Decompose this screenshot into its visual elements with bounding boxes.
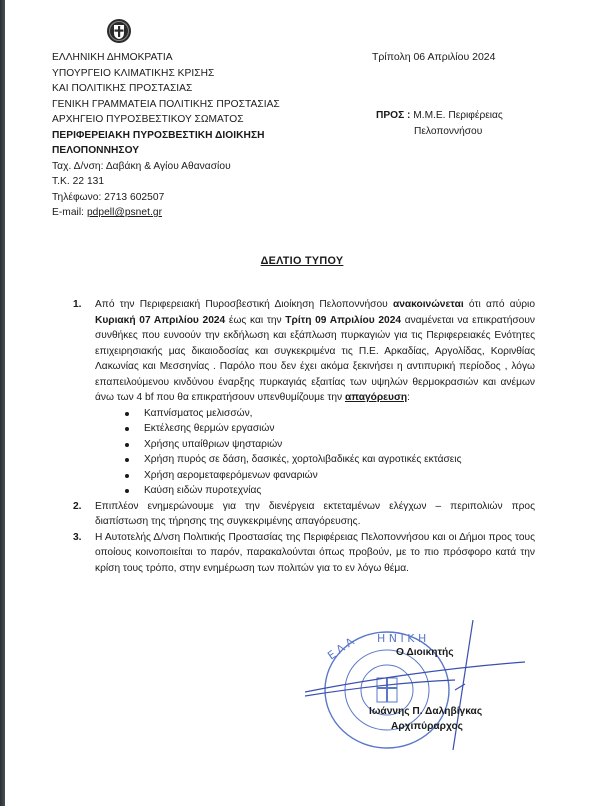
header-line-bold: ΠΕΡΙΦΕΡΕΙΑΚΗ ΠΥΡΟΣΒΕΣΤΙΚΗ ΔΙΟΙΚΗΣΗ	[52, 128, 280, 144]
document-date: Τρίπολη 06 Απριλίου 2024	[372, 51, 495, 63]
header-line: ΚΑΙ ΠΟΛΙΤΙΚΗΣ ΠΡΟΣΤΑΣΙΑΣ	[52, 81, 280, 97]
list-item: Εκτέλεσης θερμών εργασιών	[123, 421, 535, 437]
header-line-bold: ΠΕΛΟΠΟΝΝΗΣΟΥ	[52, 143, 280, 159]
recipient-line2: Πελοποννήσου	[376, 124, 503, 140]
press-release-body: 1. Από την Περιφερειακή Πυροσβεστική Διο…	[73, 297, 535, 576]
list-item: Χρήση πυρός σε δάση, δασικές, χορτολιβαδ…	[123, 452, 535, 468]
prohibitions-list: Καπνίσματος μελισσών, Εκτέλεσης θερμών ε…	[95, 406, 535, 499]
header-line: ΓΕΝΙΚΗ ΓΡΑΜΜΑΤΕΙΑ ΠΟΛΙΤΙΚΗΣ ΠΡΟΣΤΑΣΙΑΣ	[52, 97, 280, 113]
sender-header: ΕΛΛΗΝΙΚΗ ΔΗΜΟΚΡΑΤΙΑ ΥΠΟΥΡΓΕΙΟ ΚΛΙΜΑΤΙΚΗΣ…	[52, 50, 280, 221]
email-row: E-mail: pdpell@psnet.gr	[52, 205, 280, 221]
recipient-line1: Μ.Μ.Ε. Περιφέρειας	[410, 110, 502, 121]
greek-coat-of-arms-icon	[106, 18, 132, 44]
postal-code: Τ.Κ. 22 131	[52, 174, 280, 190]
email-label: E-mail:	[52, 207, 87, 218]
header-line: ΕΛΛΗΝΙΚΗ ΔΗΜΟΚΡΑΤΙΑ	[52, 50, 280, 66]
phone: Τηλέφωνο: 2713 602507	[52, 190, 280, 206]
list-item: Καπνίσματος μελισσών,	[123, 406, 535, 422]
signature-block: Ε Λ Λ Η Ν Ι Κ Η Ο Διοικητής Ιωάννης Π. Δ…	[305, 620, 525, 750]
header-line: ΑΡΧΗΓΕΙΟ ΠΥΡΟΣΒΕΣΤΙΚΟΥ ΣΩΜΑΤΟΣ	[52, 112, 280, 128]
recipient-block: ΠΡΟΣ : Μ.Μ.Ε. Περιφέρειας Πελοποννήσου	[376, 108, 503, 139]
item-number: 3.	[73, 530, 82, 546]
numbered-item: 3. Η Αυτοτελής Δ/νση Πολιτικής Προστασία…	[73, 530, 535, 577]
item-text: Από την Περιφερειακή Πυροσβεστική Διοίκη…	[95, 297, 535, 406]
list-item: Χρήση αερομεταφερόμενων φαναριών	[123, 468, 535, 484]
signatory-rank: Αρχιπύραρχος	[391, 721, 463, 732]
numbered-item: 1. Από την Περιφερειακή Πυροσβεστική Διο…	[73, 297, 535, 499]
numbered-item: 2. Επιπλέον ενημερώνουμε για την διενέργ…	[73, 499, 535, 530]
item-number: 2.	[73, 499, 82, 515]
list-item: Καύση ειδών πυροτεχνίας	[123, 483, 535, 499]
signatory-name: Ιωάννης Π. Δαληβίγκας	[369, 706, 482, 717]
signatory-role: Ο Διοικητής	[396, 647, 454, 658]
prohibition-emphasis: απαγόρευση	[345, 392, 407, 403]
email-link[interactable]: pdpell@psnet.gr	[87, 207, 162, 218]
list-item: Χρήσης υπαίθριων ψησταριών	[123, 437, 535, 453]
item-text: Η Αυτοτελής Δ/νση Πολιτικής Προστασίας τ…	[95, 530, 535, 577]
document-title: ΔΕΛΤΙΟ ΤΥΠΟΥ	[5, 255, 599, 267]
address: Ταχ. Δ/νση: Δαβάκη & Αγίου Αθανασίου	[52, 159, 280, 175]
item-text: Επιπλέον ενημερώνουμε για την διενέργεια…	[95, 499, 535, 530]
recipient-label: ΠΡΟΣ :	[376, 110, 410, 121]
document-page: ΕΛΛΗΝΙΚΗ ΔΗΜΟΚΡΑΤΙΑ ΥΠΟΥΡΓΕΙΟ ΚΛΙΜΑΤΙΚΗΣ…	[5, 0, 599, 806]
header-line: ΥΠΟΥΡΓΕΙΟ ΚΛΙΜΑΤΙΚΗΣ ΚΡΙΣΗΣ	[52, 66, 280, 82]
item-number: 1.	[73, 297, 82, 313]
